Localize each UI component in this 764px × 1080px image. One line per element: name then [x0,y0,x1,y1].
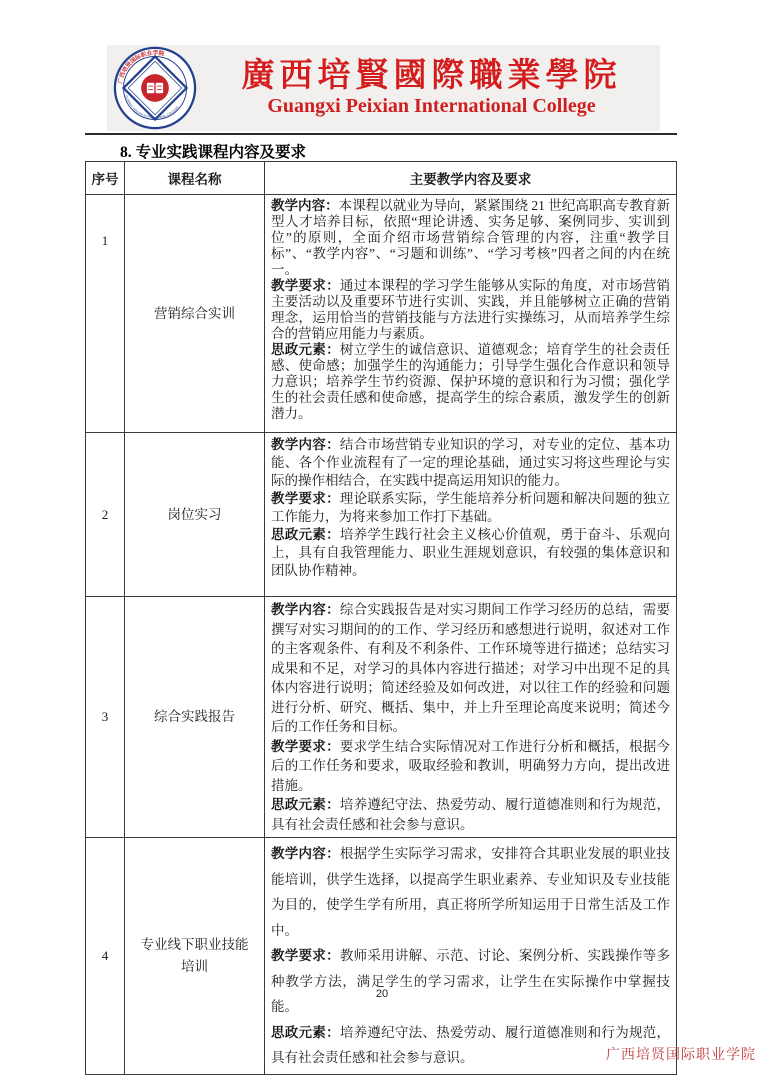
para-label: 教学要求： [271,491,340,506]
table-row: 3 综合实践报告 教学内容：综合实践报告是对实习期间工作学习经历的总结，需要撰写… [86,596,676,837]
course-name: 岗位实习 [125,433,265,596]
header-cell-course: 课程名称 [125,162,265,194]
teaching-paragraph: 教学内容：根据学生实际学习需求，安排符合其职业发展的职业技能培训，供学生选择，以… [271,841,670,943]
teaching-paragraph: 教学内容：结合市场营销专业知识的学习，对专业的定位、基本功能、各个作业流程有了一… [271,436,670,490]
course-details: 教学内容：根据学生实际学习需求，安排符合其职业发展的职业技能培训，供学生选择，以… [265,838,676,1074]
course-name: 综合实践报告 [125,597,265,837]
para-label: 教学要求： [271,278,340,293]
teaching-paragraph: 思政元素：树立学生的诚信意识、道德观念；培育学生的社会责任感、使命感；加强学生的… [271,342,670,422]
courses-table: 序号 课程名称 主要教学内容及要求 1 营销综合实训 教学内容：本课程以就业为导… [85,161,677,1075]
document-page: 广西培贤国际职业学院 GUANGXI PEIXIAN INTERNATIONAL… [0,0,764,1080]
teaching-paragraph: 教学要求：通过本课程的学习学生能够从实际的角度，对市场营销主要活动以及重要环节进… [271,278,670,342]
course-name: 专业线下职业技能培训 [125,838,265,1074]
table-header-row: 序号 课程名称 主要教学内容及要求 [86,162,676,194]
row-number: 2 [86,433,125,596]
table-row: 2 岗位实习 教学内容：结合市场营销专业知识的学习，对专业的定位、基本功能、各个… [86,432,676,596]
teaching-paragraph: 教学要求：教师采用讲解、示范、讨论、案例分析、实践操作等多种教学方法，满足学生的… [271,943,670,1020]
teaching-paragraph: 思政元素：培养学生践行社会主义核心价值观，勇于奋斗、乐观向上，具有自我管理能力、… [271,526,670,580]
section-title: 8. 专业实践课程内容及要求 [120,140,306,162]
para-label: 思政元素： [271,797,340,812]
header-cell-content: 主要教学内容及要求 [265,162,676,194]
teaching-paragraph: 教学内容：综合实践报告是对实习期间工作学习经历的总结，需要撰写对实习期间的的工作… [271,600,670,737]
footer-college-name: 广西培贤国际职业学院 [606,1044,756,1064]
para-label: 教学内容： [271,846,340,861]
header-cell-no: 序号 [86,162,125,194]
para-label: 思政元素： [271,527,340,542]
college-seal-icon: 广西培贤国际职业学院 GUANGXI PEIXIAN INTERNATIONAL… [113,46,197,130]
teaching-paragraph: 教学要求：理论联系实际，学生能培养分析问题和解决问题的独立工作能力，为将来参加工… [271,490,670,526]
para-label: 教学内容： [271,198,339,213]
college-name-zh: 廣西培賢國際職業學院 [242,59,622,94]
course-details: 教学内容：结合市场营销专业知识的学习，对专业的定位、基本功能、各个作业流程有了一… [265,433,676,596]
page-number: 20 [0,988,764,1000]
row-number: 4 [86,838,125,1074]
table-row: 4 专业线下职业技能培训 教学内容：根据学生实际学习需求，安排符合其职业发展的职… [86,837,676,1074]
teaching-paragraph: 教学要求：要求学生结合实际情况对工作进行分析和概括，根据今后的工作任务和要求，吸… [271,737,670,796]
table-row: 1 营销综合实训 教学内容：本课程以就业为导向，紧紧围绕 21 世纪高职高专教育… [86,194,676,432]
row-number: 1 [86,195,125,432]
para-label: 教学内容： [271,602,340,617]
college-name-en: Guangxi Peixian International College [267,96,595,117]
para-label: 教学要求： [271,739,340,754]
para-label: 思政元素： [271,1025,340,1040]
para-label: 思政元素： [271,342,340,357]
header-banner: 广西培贤国际职业学院 GUANGXI PEIXIAN INTERNATIONAL… [107,45,660,131]
course-name: 营销综合实训 [125,195,265,432]
college-logo: 广西培贤国际职业学院 GUANGXI PEIXIAN INTERNATIONAL… [107,45,203,131]
para-label: 教学要求： [271,948,340,963]
header-divider [85,133,677,135]
course-details: 教学内容：综合实践报告是对实习期间工作学习经历的总结，需要撰写对实习期间的的工作… [265,597,676,837]
para-text: 综合实践报告是对实习期间工作学习经历的总结，需要撰写对实习期间的的工作、学习经历… [271,602,670,734]
teaching-paragraph: 思政元素：培养遵纪守法、热爱劳动、履行道德准则和行为规范，具有社会责任感和社会参… [271,795,670,834]
teaching-paragraph: 教学内容：本课程以就业为导向，紧紧围绕 21 世纪高职高专教育新型人才培养目标，… [271,198,670,278]
college-name-block: 廣西培賢國際職業學院 Guangxi Peixian International… [203,59,660,117]
para-label: 教学内容： [271,437,340,452]
course-details: 教学内容：本课程以就业为导向，紧紧围绕 21 世纪高职高专教育新型人才培养目标，… [265,195,676,432]
row-number: 3 [86,597,125,837]
